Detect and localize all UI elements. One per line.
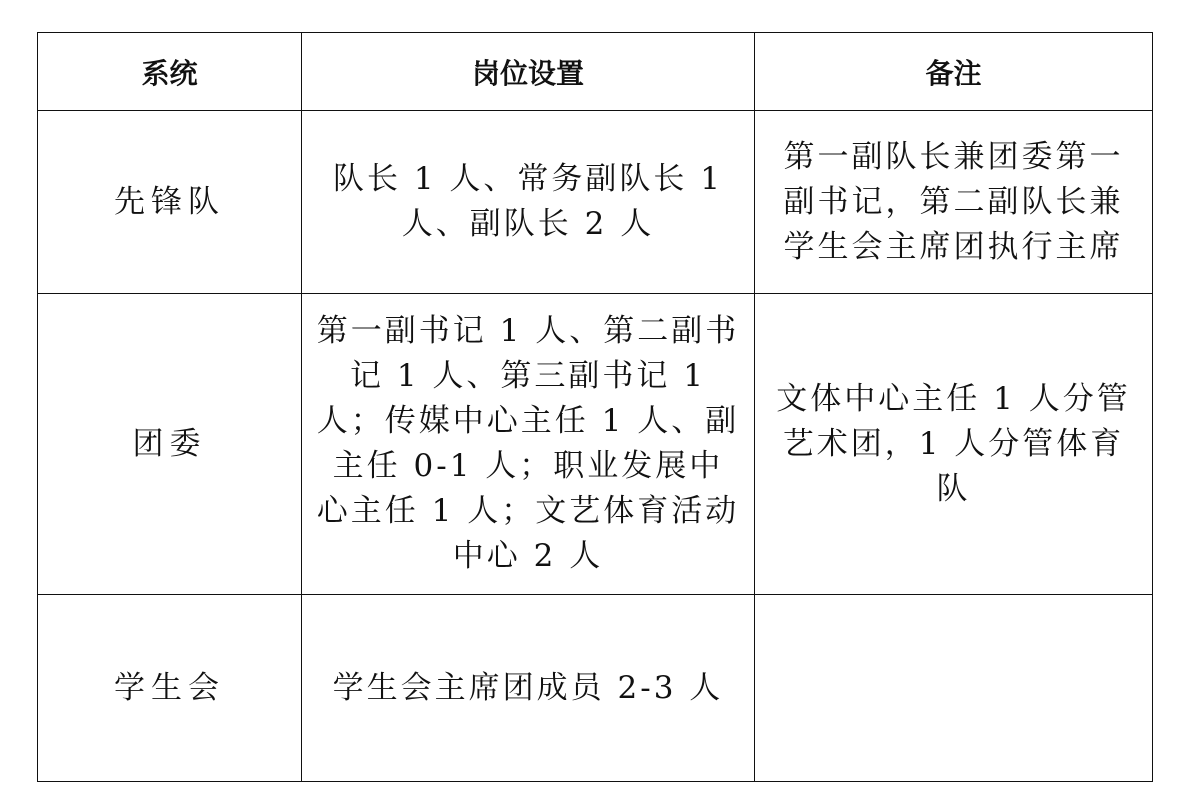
position-table: 系统 岗位设置 备注 先锋队 队长 1 人、常务副队长 1 人、副队长 2 人 … (37, 32, 1153, 782)
cell-system: 先锋队 (38, 111, 302, 294)
cell-system: 学生会 (38, 595, 302, 782)
header-row: 系统 岗位设置 备注 (38, 33, 1153, 111)
table-row: 先锋队 队长 1 人、常务副队长 1 人、副队长 2 人 第一副队长兼团委第一副… (38, 111, 1153, 294)
header-notes: 备注 (755, 33, 1153, 111)
cell-notes: 第一副队长兼团委第一副书记，第二副队长兼学生会主席团执行主席 (755, 111, 1153, 294)
cell-positions: 队长 1 人、常务副队长 1 人、副队长 2 人 (302, 111, 755, 294)
cell-positions: 第一副书记 1 人、第二副书记 1 人、第三副书记 1 人；传媒中心主任 1 人… (302, 294, 755, 595)
table-row: 团委 第一副书记 1 人、第二副书记 1 人、第三副书记 1 人；传媒中心主任 … (38, 294, 1153, 595)
header-system: 系统 (38, 33, 302, 111)
cell-notes (755, 595, 1153, 782)
table-row: 学生会 学生会主席团成员 2-3 人 (38, 595, 1153, 782)
cell-notes: 文体中心主任 1 人分管艺术团，1 人分管体育队 (755, 294, 1153, 595)
cell-system: 团委 (38, 294, 302, 595)
header-positions: 岗位设置 (302, 33, 755, 111)
cell-positions: 学生会主席团成员 2-3 人 (302, 595, 755, 782)
